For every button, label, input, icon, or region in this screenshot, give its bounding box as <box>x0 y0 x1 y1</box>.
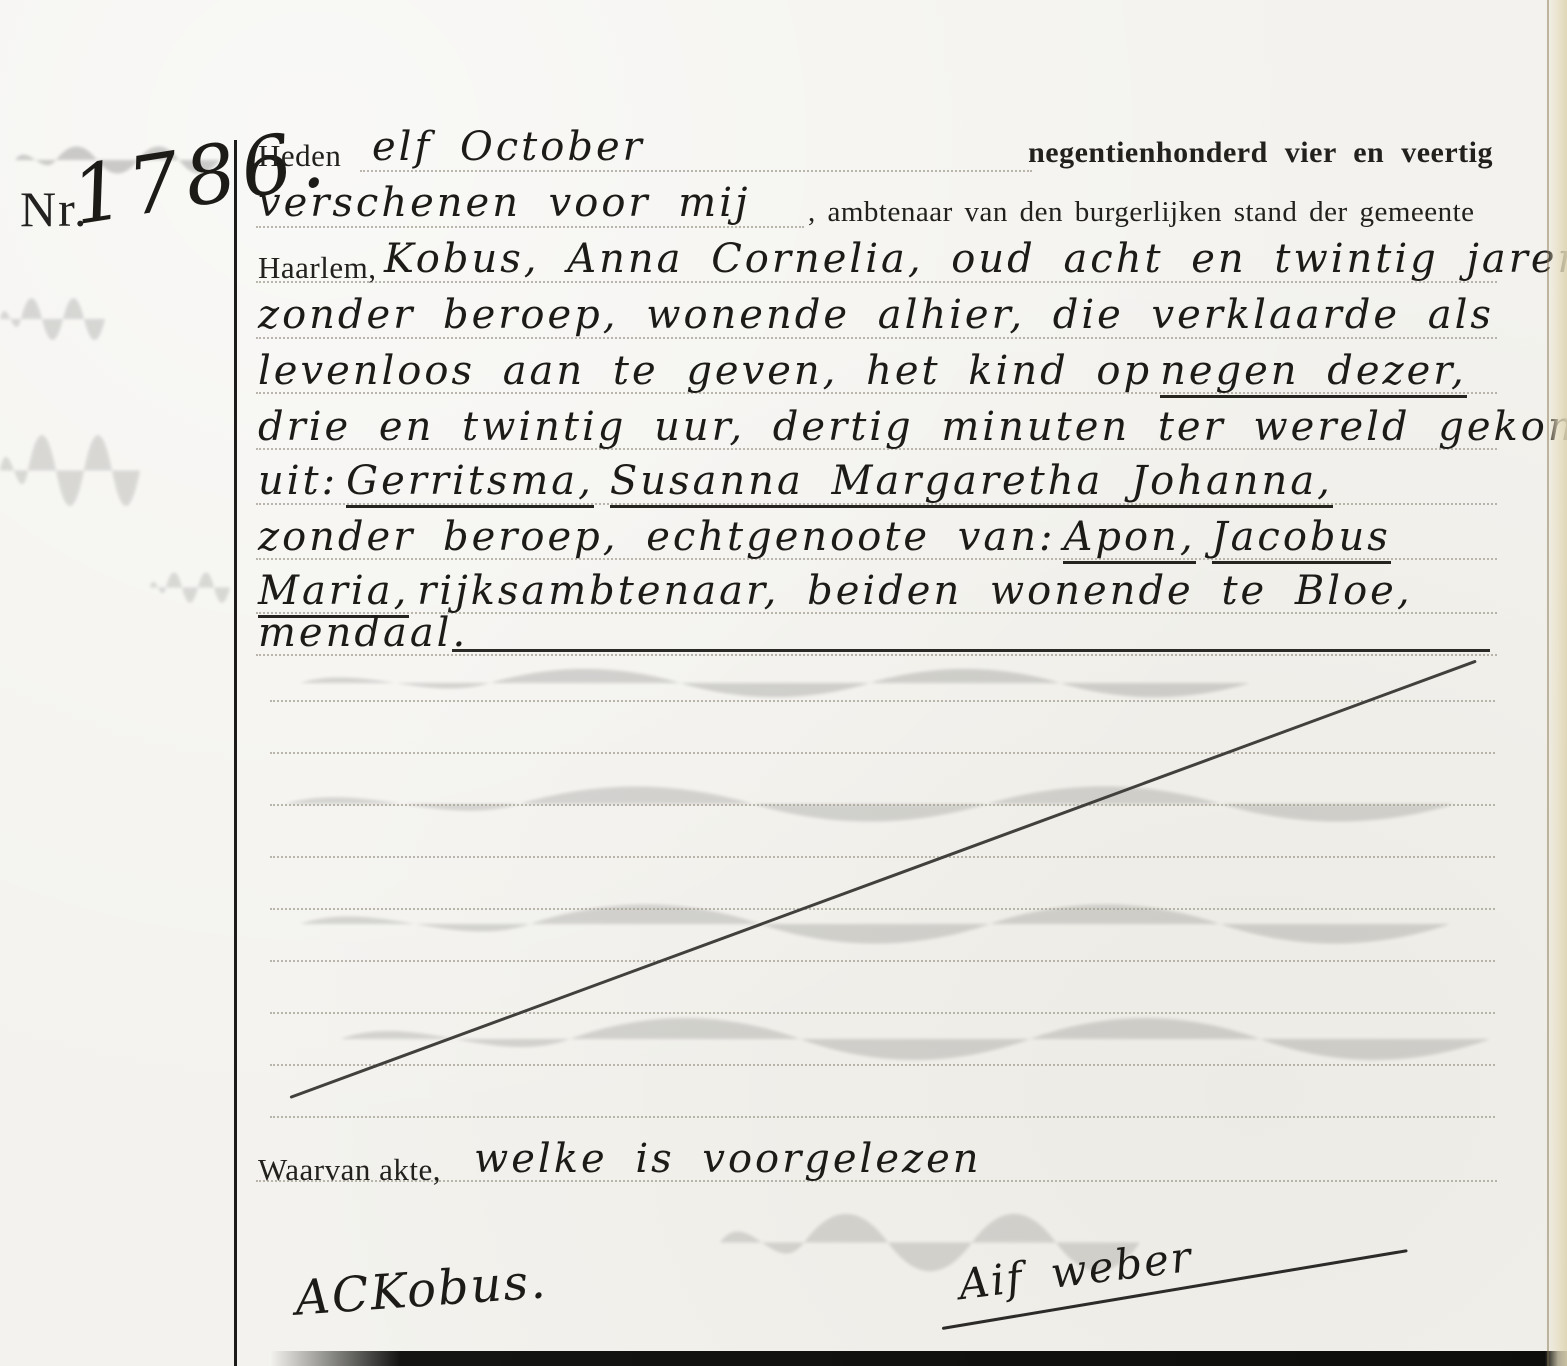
dotted-rule <box>270 908 1495 910</box>
handwritten-text: rijksambtenaar, beiden wonende te Bloe, <box>417 568 1412 614</box>
page-edge-line <box>1547 0 1549 1366</box>
handwritten-closing: welke is voorgelezen <box>474 1136 982 1182</box>
ghost-bleedthrough <box>0 288 105 350</box>
handwritten-declarant: Kobus, Anna Cornelia, oud acht en twinti… <box>384 236 1567 282</box>
handwritten-text: levenloos aan te geven, het kind op <box>258 348 1152 394</box>
underlined-father-surname: Apon, <box>1063 514 1195 564</box>
dotted-rule <box>270 752 1495 754</box>
dotted-rule <box>270 1064 1495 1066</box>
dotted-rule <box>270 856 1495 858</box>
ghost-bleedthrough <box>300 895 1450 953</box>
handwritten-appeared: verschenen voor mij <box>258 180 750 226</box>
printed-heden: Heden <box>258 138 341 174</box>
printed-official: , ambtenaar van den burgerlijken stand d… <box>808 196 1475 229</box>
dotted-rule <box>256 226 804 228</box>
declarant-signature: ACKobus. <box>293 1253 549 1326</box>
dotted-rule <box>360 170 1032 172</box>
dotted-rule <box>270 960 1495 962</box>
closing-rule-line <box>452 649 1490 652</box>
handwritten-text: uit: <box>258 458 338 504</box>
bottom-scan-bar <box>270 1351 1567 1366</box>
registrar-signature: Aif weber <box>956 1232 1196 1309</box>
underlined-mother-givennames: Susanna Margaretha Johanna, <box>610 458 1333 508</box>
ghost-bleedthrough <box>150 565 230 610</box>
handwritten-line: Maria,rijksambtenaar, beiden wonende te … <box>258 568 1413 614</box>
underlined-father-givenname: Jacobus <box>1212 514 1391 564</box>
handwritten-line: mendaal. <box>258 610 468 656</box>
dotted-rule <box>270 804 1495 806</box>
printed-closing: Waarvan akte, <box>258 1152 441 1188</box>
dotted-rule <box>270 1116 1495 1118</box>
underlined-date-of-birth: negen dezer, <box>1160 348 1467 398</box>
ghost-bleedthrough <box>300 662 1250 704</box>
dotted-rule <box>270 1012 1495 1014</box>
ghost-bleedthrough <box>0 418 140 523</box>
handwritten-line: levenloos aan te geven, het kind opnegen… <box>258 348 1475 394</box>
underlined-mother-surname: Gerritsma, <box>346 458 594 508</box>
dotted-rule <box>270 700 1495 702</box>
handwritten-line: zonder beroep, wonende alhier, die verkl… <box>258 292 1494 338</box>
handwritten-text: zonder beroep, echtgenoote van: <box>258 514 1055 560</box>
handwritten-line: zonder beroep, echtgenoote van:Apon,Jaco… <box>258 514 1399 560</box>
handwritten-line: uit:Gerritsma,Susanna Margaretha Johanna… <box>258 458 1341 504</box>
ghost-bleedthrough <box>340 1008 1490 1070</box>
printed-city: Haarlem, <box>258 250 376 286</box>
death-record-scan: Nr. 1786. Heden elf October negentienhon… <box>0 0 1567 1366</box>
printed-year: negentienhonderd vier en veertig <box>1028 136 1493 170</box>
margin-divider-line <box>234 140 237 1366</box>
strike-through-line <box>289 660 1476 1099</box>
handwritten-line: drie en twintig uur, dertig minuten ter … <box>258 404 1567 450</box>
handwritten-date: elf October <box>372 124 645 170</box>
